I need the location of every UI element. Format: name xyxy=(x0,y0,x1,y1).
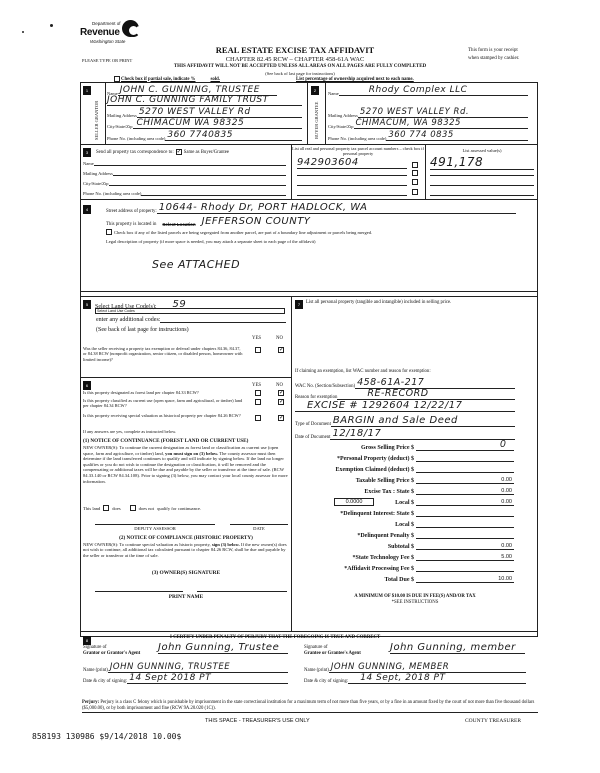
grantor-date: 14 Sept 2018 PT xyxy=(127,673,288,684)
grantor-name: JOHN GUNNING, TRUSTEE xyxy=(108,662,288,673)
buyer-phone-field[interactable]: Phone No. (including area code) 360 774 … xyxy=(328,130,528,141)
grantee-date: 14 Sept, 2018 PT xyxy=(348,673,526,684)
seller-name-2: JOHN C. GUNNING FAMILY TRUST xyxy=(107,95,302,106)
logo-name: Revenue xyxy=(80,27,120,38)
buyer-section: 2 BUYER GRANTEE Name Rhody Complex LLC M… xyxy=(308,82,538,145)
amount-row: *Delinquent Penalty $ xyxy=(296,528,514,539)
dor-logo: Department of Revenue Washington State xyxy=(80,18,170,48)
historic-question: Is this property receiving special valua… xyxy=(83,413,243,418)
amount-label: Excise Tax : State $ xyxy=(296,489,416,495)
corr-address-field[interactable]: Mailing Address xyxy=(83,170,286,176)
notice1-title: (1) NOTICE OF CONTINUANCE (FOREST LAND O… xyxy=(83,438,248,444)
amount-value[interactable]: 0.00 xyxy=(416,543,514,550)
owner-signature-line-2[interactable] xyxy=(197,591,287,592)
amount-value[interactable]: 5.00 xyxy=(416,554,514,561)
assessed-value[interactable]: 491,178 xyxy=(430,155,534,170)
exemption-question: Was the seller receiving a property tax … xyxy=(83,346,243,362)
amount-label: Total Due $ xyxy=(296,577,416,583)
same-as-buyer-checkbox[interactable] xyxy=(176,149,182,155)
seller-city-field[interactable]: City/State/Zip CHIMACUM WA 98325 xyxy=(107,118,302,129)
historic-yes-checkbox[interactable] xyxy=(255,415,261,421)
treasurer-space: THIS SPACE - TREASURER'S USE ONLY xyxy=(205,718,310,724)
amount-value[interactable]: 10.00 xyxy=(416,576,514,583)
corr-city-field[interactable]: City/State/Zip xyxy=(83,180,286,186)
form-title: REAL ESTATE EXCISE TAX AFFIDAVIT xyxy=(185,45,405,55)
receipt-note-1: This form is your receipt xyxy=(468,48,518,53)
amount-value[interactable]: 0.00 xyxy=(416,488,514,495)
speck xyxy=(50,24,53,27)
personal-property-section: 7 List all personal property (tangible a… xyxy=(292,296,538,631)
reason-line-2: EXCISE # 1292604 12/22/17 xyxy=(295,400,515,412)
notice2-text: NEW OWNER(S): To continue special valuat… xyxy=(83,542,289,558)
amount-row: Excise Tax : State $0.00 xyxy=(296,484,514,495)
seller-address-field[interactable]: Mailing Address 5270 WEST VALLEY Rd xyxy=(107,107,302,118)
amount-label: *Affidavit Processing Fee $ xyxy=(296,566,416,572)
amount-row: *Affidavit Processing Fee $ xyxy=(296,561,514,572)
buyer-phone: 360 774 0835 xyxy=(386,130,528,141)
amount-row: *Delinquent Interest: State $ xyxy=(296,506,514,517)
buyer-city: CHIMACUM, WA 98325 xyxy=(354,118,529,129)
personal-property-label: List all personal property (tangible and… xyxy=(306,300,531,307)
seller-phone: 360 7740835 xyxy=(165,130,302,141)
grantee-name: JOHN GUNNING, MEMBER xyxy=(329,662,526,673)
seller-city: CHIMACUM WA 98325 xyxy=(133,118,303,129)
forest-no-checkbox[interactable] xyxy=(278,390,284,396)
amount-value[interactable]: 0 xyxy=(416,439,514,451)
doc-type-field[interactable]: Type of Document BARGIN and Sale Deed xyxy=(295,415,515,427)
amount-value[interactable]: 0.00 xyxy=(416,477,514,484)
notice1-text: NEW OWNER(S): To continue the current de… xyxy=(83,445,289,484)
seller-section: 1 SELLER GRANTOR Name JOHN C. GUNNING, T… xyxy=(80,82,308,145)
select-location-dropdown[interactable]: Select Location xyxy=(162,222,195,227)
street-address: 10644- Rhody Dr, PORT HADLOCK, WA xyxy=(157,202,516,214)
certify-text: I CERTIFY UNDER PENALTY OF PERJURY THAT … xyxy=(170,635,380,640)
amount-row: Subtotal $0.00 xyxy=(296,539,514,550)
form-chapter: CHAPTER 82.45 RCW – CHAPTER 458-61A WAC xyxy=(185,56,405,63)
receipt-note-2: when stamped by cashier. xyxy=(468,56,519,61)
buyer-name-field[interactable]: Name Rhody Complex LLC xyxy=(328,85,528,96)
buyer-address: 5270 WEST VALLEY Rd. xyxy=(358,107,528,118)
designation-section: 6 YES NO Is this property designated as … xyxy=(80,378,292,631)
county: JEFFERSON COUNTY xyxy=(202,216,311,227)
amounts-table: Gross Selling Price $0*Personal Property… xyxy=(296,440,514,583)
seller-phone-field[interactable]: Phone No. (including area code) 360 7740… xyxy=(107,130,302,141)
amount-row: Taxable Selling Price $0.00 xyxy=(296,473,514,484)
corr-name-field[interactable]: Name xyxy=(83,160,286,166)
logo-state: Washington State xyxy=(90,39,125,44)
land-use-section: 5 Select Land Use Code(s): 59 Select Lan… xyxy=(80,296,292,378)
amount-row: Exemption Claimed (deduct) $ xyxy=(296,462,514,473)
amount-row: Local $ xyxy=(296,517,514,528)
current-use-question: Is this property classified as current u… xyxy=(83,398,243,409)
logo-dept: Department of xyxy=(92,21,121,26)
grantor-name-field[interactable]: Name (print) JOHN GUNNING, TRUSTEE xyxy=(83,662,288,673)
does-not-qualify-checkbox[interactable] xyxy=(130,505,136,511)
buyer-city-field[interactable]: City/State/Zip CHIMACUM, WA 98325 xyxy=(328,118,528,129)
forest-land-question: Is this property designated as forest la… xyxy=(83,390,243,395)
logo-mark-icon xyxy=(122,20,139,37)
doc-type: BARGIN and Sale Deed xyxy=(331,415,515,427)
grantor-date-field[interactable]: Date & city of signing: 14 Sept 2018 PT xyxy=(83,673,288,684)
amount-row: *State Technology Fee $5.00 xyxy=(296,550,514,561)
amount-value[interactable] xyxy=(416,571,514,572)
exemption-yes-checkbox[interactable] xyxy=(255,347,261,353)
additional-codes-field[interactable]: enter any additional codes: xyxy=(96,317,286,323)
reason-field[interactable]: Reason for exemption RE-RECORD xyxy=(295,388,515,400)
amount-label: *Delinquent Penalty $ xyxy=(296,533,416,539)
amount-label: *Personal Property (deduct) $ xyxy=(296,456,416,462)
correspondence-section: 3 Send all property tax correspondence t… xyxy=(80,145,292,200)
perjury-note: Perjury: Perjury is a class C felony whi… xyxy=(82,700,538,713)
amount-value[interactable] xyxy=(416,538,514,539)
personal-property-checkbox-4[interactable] xyxy=(412,189,418,195)
speck xyxy=(22,31,24,33)
minimum-note: A MINIMUM OF $10.00 IS DUE IN FEE(S) AND… xyxy=(295,594,535,599)
seller-side-label: SELLER GRANTOR xyxy=(94,100,99,140)
segregated-checkbox[interactable] xyxy=(106,229,112,235)
current-use-yes-checkbox[interactable] xyxy=(255,399,261,405)
buyer-side-label: BUYER GRANTEE xyxy=(314,100,319,140)
buyer-name: Rhody Complex LLC xyxy=(339,85,528,96)
parcel-number[interactable]: 942903604 xyxy=(297,157,407,169)
amount-value[interactable] xyxy=(416,461,514,462)
amount-row: Total Due $10.00 xyxy=(296,572,514,583)
certification-section: 8 I CERTIFY UNDER PENALTY OF PERJURY THA… xyxy=(80,631,538,699)
does-qualify-checkbox[interactable] xyxy=(103,505,109,511)
corr-phone-field[interactable]: Phone No. (including area code) xyxy=(83,190,286,196)
assessed-header: List assessed value(s) xyxy=(428,148,536,153)
legal-description: See ATTACHED xyxy=(152,258,240,271)
county-treasurer: COUNTY TREASURER xyxy=(465,718,521,724)
legal-label: Legal description of property (if more s… xyxy=(106,239,315,244)
amount-label: *State Technology Fee $ xyxy=(296,555,416,561)
please-type: PLEASE TYPE OR PRINT xyxy=(82,58,132,63)
historic-no-checkbox[interactable] xyxy=(278,415,284,421)
amount-row: *Personal Property (deduct) $ xyxy=(296,451,514,462)
warning: THIS AFFIDAVIT WILL NOT BE ACCEPTED UNLE… xyxy=(120,64,480,69)
grantee-signature[interactable]: John Gunning, member xyxy=(390,642,525,654)
amount-label: Local $ xyxy=(296,522,416,528)
see-back: (See back of last page for instructions) xyxy=(200,71,400,76)
amount-value[interactable] xyxy=(416,472,514,473)
personal-property-checkbox-2[interactable] xyxy=(412,170,418,176)
grantor-signature[interactable]: John Gunning, Trustee xyxy=(158,642,288,654)
amount-label: Subtotal $ xyxy=(296,544,416,550)
local-rate-field[interactable]: 0.0000 xyxy=(334,498,374,506)
reason: RE-RECORD xyxy=(337,388,515,400)
street-field[interactable]: Street address of property: 10644- Rhody… xyxy=(106,202,516,214)
amount-value[interactable] xyxy=(416,527,514,528)
amount-label: *Delinquent Interest: State $ xyxy=(296,511,416,517)
buyer-address-field[interactable]: Mailing Address 5270 WEST VALLEY Rd. xyxy=(328,107,528,118)
amount-value[interactable]: 0.00 xyxy=(416,499,514,506)
amount-label: Gross Selling Price $ xyxy=(296,445,416,451)
exemption-no-checkbox[interactable] xyxy=(278,347,284,353)
seller-address: 5270 WEST VALLEY Rd xyxy=(137,107,302,118)
amount-label: Local $0.0000 xyxy=(296,500,416,506)
cashier-stamp: 858193 130986 $9/14/2018 10.00$ xyxy=(32,732,181,741)
current-use-no-checkbox[interactable] xyxy=(278,399,284,405)
amount-label: Exemption Claimed (deduct) $ xyxy=(296,467,416,473)
amount-value[interactable] xyxy=(416,516,514,517)
owner-signature-line[interactable] xyxy=(95,591,183,592)
grantee-date-field[interactable]: Date & city of signing: 14 Sept, 2018 PT xyxy=(304,673,526,684)
grantee-name-field[interactable]: Name (print) JOHN GUNNING, MEMBER xyxy=(304,662,526,673)
personal-property-checkbox-3[interactable] xyxy=(412,179,418,185)
amount-row: Gross Selling Price $0 xyxy=(296,440,514,451)
parcels-header: List all real and personal property tax … xyxy=(292,146,424,156)
notice2-title: (2) NOTICE OF COMPLIANCE (HISTORIC PROPE… xyxy=(83,535,289,541)
amount-label: Taxable Selling Price $ xyxy=(296,478,416,484)
parcels-section: List all real and personal property tax … xyxy=(292,145,538,200)
forest-yes-checkbox[interactable] xyxy=(255,390,261,396)
land-use-select[interactable]: Select Land Use Codes xyxy=(95,308,285,314)
personal-property-checkbox-1[interactable] xyxy=(412,162,418,168)
amount-row: Local $0.00000.00 xyxy=(296,495,514,506)
property-section: 4 Street address of property: 10644- Rho… xyxy=(80,200,538,292)
